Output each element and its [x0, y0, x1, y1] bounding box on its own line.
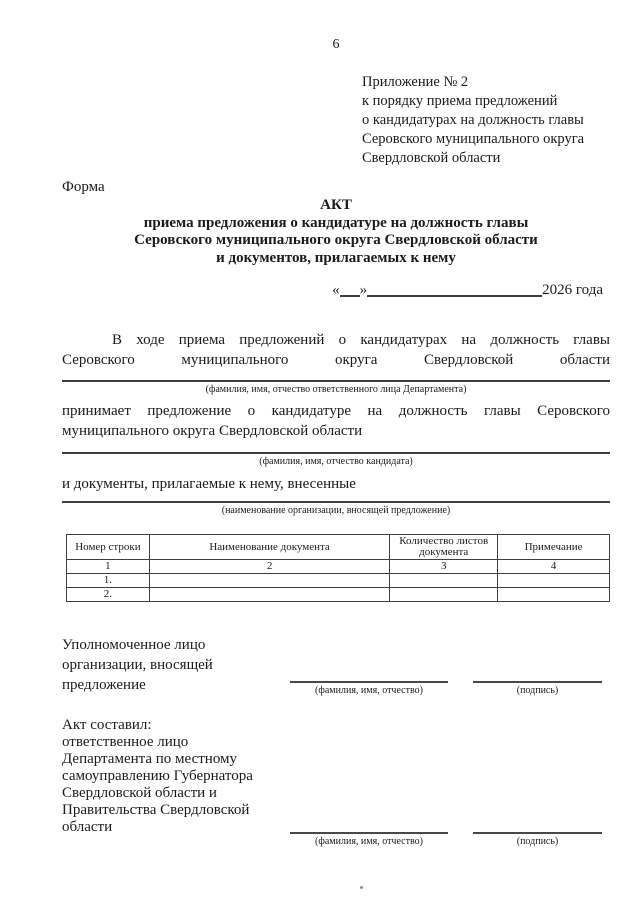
table-header-cell: Наименование документа: [149, 535, 389, 560]
signature-label-line: предложение: [62, 675, 290, 695]
document-page: 6 Приложение № 2 к порядку приема предло…: [0, 0, 640, 905]
title-line: Серовского муниципального округа Свердло…: [62, 232, 610, 250]
table-colnum-cell: 3: [390, 560, 498, 574]
table-cell-row-number: 2.: [67, 588, 150, 602]
signature-label-line: Акт составил:: [62, 717, 290, 734]
page-number: 6: [62, 36, 610, 54]
appendix-block: Приложение № 2 к порядку приема предложе…: [362, 73, 610, 168]
signature-label: Акт составил: ответственное лицо Департа…: [62, 717, 290, 836]
fill-in-field-responsible-person: (фамилия, имя, отчество ответственного л…: [62, 380, 610, 396]
table-colnum-cell: 2: [149, 560, 389, 574]
appendix-line: Серовского муниципального округа: [362, 130, 610, 149]
signature-sign-field: (подпись): [473, 681, 602, 697]
date-line: «»2026 года: [62, 280, 610, 300]
signature-label-line: самоуправлению Губернатора: [62, 768, 290, 785]
table-cell-row-number: 1.: [67, 574, 150, 588]
appendix-line: о кандидатурах на должность главы: [362, 111, 610, 130]
table-cell-note: [498, 574, 610, 588]
field-caption: (фамилия, имя, отчество ответственного л…: [62, 384, 610, 396]
body-paragraph-line: В ходе приема предложений о кандидатурах…: [62, 330, 610, 350]
table-cell-document-name: [149, 574, 389, 588]
table-header-cell: Примечание: [498, 535, 610, 560]
title-line: приема предложения о кандидатуре на долж…: [62, 215, 610, 233]
day-blank-line: [340, 285, 360, 297]
table-header-cell: Номер строки: [67, 535, 150, 560]
signature-name-field: (фамилия, имя, отчество): [290, 681, 448, 697]
document-title: АКТ приема предложения о кандидатуре на …: [62, 197, 610, 267]
table-row: 1.: [67, 574, 610, 588]
table-header-cell: Количество листов документа: [390, 535, 498, 560]
signature-name-caption: (фамилия, имя, отчество): [290, 685, 448, 697]
field-caption: (фамилия, имя, отчество кандидата): [62, 456, 610, 468]
signature-name-line: [290, 832, 448, 834]
fill-in-field-candidate-name: (фамилия, имя, отчество кандидата): [62, 452, 610, 468]
table-header-row: Номер строки Наименование документа Коли…: [67, 535, 610, 560]
signature-label-line: организации, вносящей: [62, 655, 290, 675]
appendix-line: Свердловской области: [362, 149, 610, 168]
month-blank-line: [367, 285, 542, 297]
field-blank-line: [62, 380, 610, 382]
appendix-line: Приложение № 2: [362, 73, 610, 92]
signature-label-line: Уполномоченное лицо: [62, 635, 290, 655]
signature-block-department: Акт составил: ответственное лицо Департа…: [62, 717, 610, 848]
body-paragraph-line: и документы, прилагаемые к нему, внесенн…: [62, 474, 610, 494]
signature-block-organization: Уполномоченное лицо организации, вносяще…: [62, 635, 610, 697]
body-paragraph-line: принимает предложение о кандидатуре на д…: [62, 401, 610, 421]
scan-artifact-dot: [360, 886, 363, 889]
signature-name-caption: (фамилия, имя, отчество): [290, 836, 448, 848]
signature-sign-caption: (подпись): [473, 685, 602, 697]
table-row: 2.: [67, 588, 610, 602]
table-cell-document-name: [149, 588, 389, 602]
year-text: 2026 года: [542, 282, 603, 298]
signature-label-line: Департамента по местному: [62, 751, 290, 768]
signature-sign-line: [473, 832, 602, 834]
table-colnum-cell: 4: [498, 560, 610, 574]
documents-table: Номер строки Наименование документа Коли…: [66, 534, 610, 602]
appendix-line: к порядку приема предложений: [362, 92, 610, 111]
fill-in-field-organization: (наименование организации, вносящей пред…: [62, 501, 610, 517]
signature-label-line: Правительства Свердловской: [62, 802, 290, 819]
signature-sign-caption: (подпись): [473, 836, 602, 848]
signature-name-line: [290, 681, 448, 683]
field-caption: (наименование организации, вносящей пред…: [62, 505, 610, 517]
open-quote: «: [332, 282, 340, 298]
table-column-number-row: 1 2 3 4: [67, 560, 610, 574]
signature-sign-field: (подпись): [473, 832, 602, 848]
signature-label-line: ответственное лицо: [62, 734, 290, 751]
signature-name-field: (фамилия, имя, отчество): [290, 832, 448, 848]
signature-label-line: области: [62, 819, 290, 836]
title-line: и документов, прилагаемых к нему: [62, 250, 610, 268]
body-paragraph-line: муниципального округа Свердловской облас…: [62, 421, 610, 441]
signature-label: Уполномоченное лицо организации, вносяще…: [62, 635, 290, 695]
body-paragraph-line: Серовского муниципального округа Свердло…: [62, 350, 610, 370]
close-quote: »: [360, 282, 368, 298]
signature-label-line: Свердловской области и: [62, 785, 290, 802]
table-cell-sheet-count: [390, 588, 498, 602]
field-blank-line: [62, 501, 610, 503]
table-cell-sheet-count: [390, 574, 498, 588]
table-cell-note: [498, 588, 610, 602]
field-blank-line: [62, 452, 610, 454]
table-colnum-cell: 1: [67, 560, 150, 574]
signature-sign-line: [473, 681, 602, 683]
title-line: АКТ: [62, 197, 610, 215]
form-label: Форма: [62, 177, 610, 197]
